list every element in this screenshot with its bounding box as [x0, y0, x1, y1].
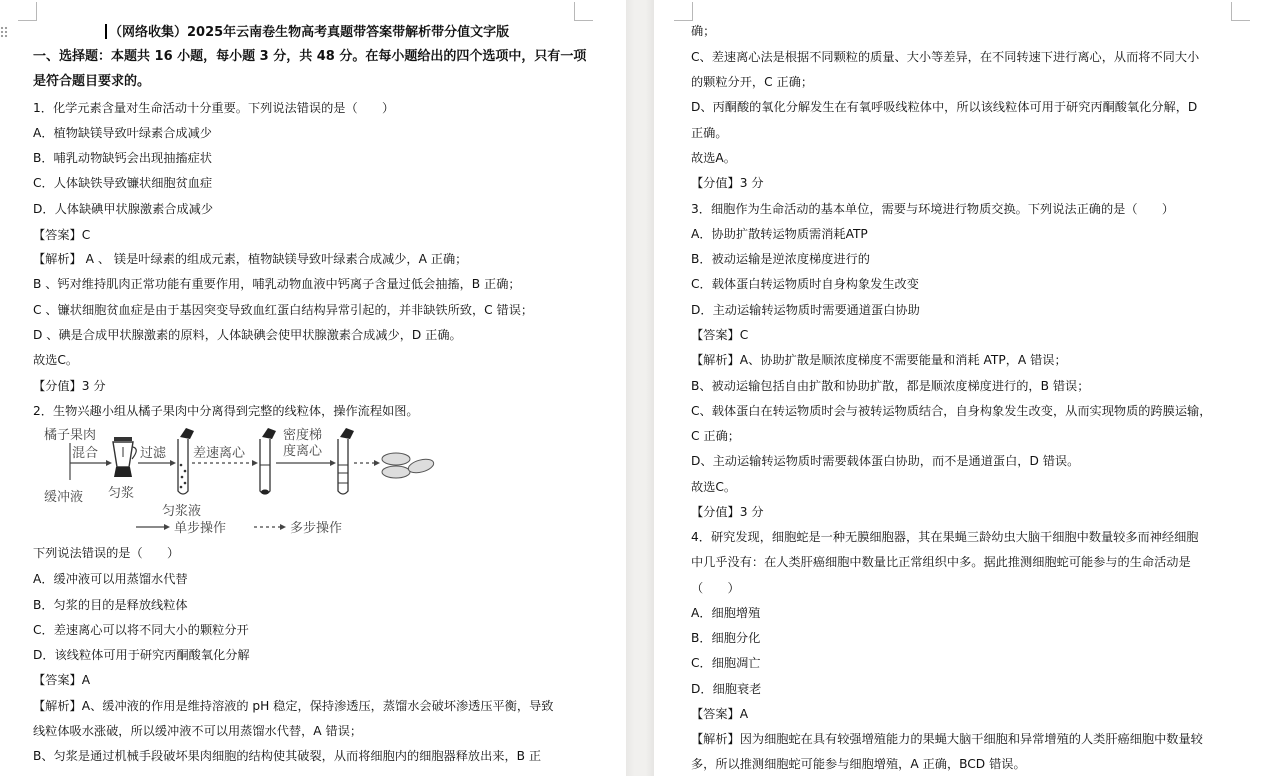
label-differential-centrifugation: 差速离心	[193, 445, 246, 461]
label-density-gradient-cont: 度离心	[283, 443, 323, 459]
section-heading-cont: 是符合题目要求的。	[33, 74, 150, 90]
margin-corner-mark	[1231, 2, 1250, 21]
legend-single-step: 单步操作	[174, 520, 226, 536]
question-1-option-a: A．植物缺镁导致叶绿素合成减少	[33, 125, 212, 141]
question-3-option-c: C．载体蛋白转运物质时自身构象发生改变	[691, 276, 919, 292]
question-2-analysis: B、匀浆是通过机械手段破坏果肉细胞的结构使其破裂，从而将细胞内的细胞器释放出来，…	[33, 748, 541, 764]
document-title[interactable]: （网络收集）2025年云南卷生物高考真题带答案带解析带分值文字版	[105, 24, 509, 41]
question-2-option-b: B．匀浆的目的是释放线粒体	[33, 597, 188, 613]
question-2-stem: 2．生物兴趣小组从橘子果肉中分离得到完整的线粒体，操作流程如图。	[33, 403, 419, 419]
question-2-conclusion: 故选A。	[691, 150, 736, 166]
question-3-option-b: B．被动运输是逆浓度梯度进行的	[691, 251, 870, 267]
question-3-analysis: D、主动运输转运物质时需要载体蛋白协助，而不是通道蛋白，D 错误。	[691, 453, 1079, 469]
mitochondria-isolation-flowchart: 橘子果肉 混合 缓冲液 匀浆 过滤	[40, 425, 440, 543]
question-4-stem: 4．研究发现，细胞蛇是一种无膜细胞器，其在果蝇三龄幼虫大脑干细胞中数量较多而神经…	[691, 529, 1198, 545]
label-homogenize: 匀浆	[108, 485, 134, 501]
question-1-answer: 【答案】C	[33, 227, 90, 243]
label-orange-pulp: 橘子果肉	[44, 427, 96, 443]
question-3-answer: 【答案】C	[691, 327, 748, 343]
question-3-analysis: B、被动运输包括自由扩散和协助扩散，都是顺浓度梯度进行的，B 错误；	[691, 378, 1089, 394]
question-1-analysis: B 、钙对维持肌肉正常功能有重要作用，哺乳动物血液中钙离子含量过低会抽搐，B 正…	[33, 276, 521, 292]
question-1-stem: 1．化学元素含量对生命活动十分重要。下列说法错误的是（ ）	[33, 100, 394, 116]
document-page-right: 确； C、差速离心法是根据不同颗粒的质量、大小等差异，在不同转速下进行离心，从而…	[654, 0, 1266, 776]
page-gap	[626, 0, 654, 776]
question-4-option-a: A．细胞增殖	[691, 605, 760, 621]
question-2-score: 【分值】3 分	[691, 175, 764, 191]
question-3-analysis: 【解析】A、协助扩散是顺浓度梯度不需要能量和消耗 ATP，A 错误；	[691, 352, 1067, 368]
question-2-answer: 【答案】A	[33, 672, 90, 688]
question-2-option-c: C．差速离心可以将不同大小的颗粒分开	[33, 622, 249, 638]
question-3-option-a: A．协助扩散转运物质需消耗ATP	[691, 226, 868, 242]
question-1-option-d: D．人体缺碘甲状腺激素合成减少	[33, 201, 213, 217]
question-1-analysis: D 、碘是合成甲状腺激素的原料，人体缺碘会使甲状腺激素合成减少，D 正确。	[33, 327, 462, 343]
question-3-analysis: C、载体蛋白在转运物质时会与被转运物质结合，自身构象发生改变，从而实现物质的跨膜…	[691, 403, 1211, 419]
table-drag-handle-icon[interactable]	[0, 26, 8, 38]
question-1-analysis: C 、镰状细胞贫血症是由于基因突变导致血红蛋白结构异常引起的，并非缺铁所致，C …	[33, 302, 533, 318]
label-density-gradient: 密度梯	[283, 427, 322, 443]
question-3-analysis: C 正确；	[691, 428, 740, 444]
question-4-answer: 【答案】A	[691, 706, 748, 722]
legend-multi-step: 多步操作	[290, 520, 342, 536]
question-2-analysis: 正确。	[691, 125, 728, 141]
question-1-conclusion: 故选C。	[33, 352, 78, 368]
question-1-analysis: 【解析】 A 、 镁是叶绿素的组成元素，植物缺镁导致叶绿素合成减少，A 正确；	[33, 251, 467, 267]
question-1-score: 【分值】3 分	[33, 378, 106, 394]
question-2-option-a: A．缓冲液可以用蒸馏水代替	[33, 571, 188, 587]
question-2-analysis: D、丙酮酸的氧化分解发生在有氧呼吸线粒体中，所以该线粒体可用于研究丙酮酸氧化分解…	[691, 99, 1197, 115]
question-4-analysis: 【解析】因为细胞蛇在具有较强增殖能力的果蝇大脑干细胞和异常增殖的人类肝癌细胞中数…	[691, 731, 1203, 747]
question-1-option-b: B．哺乳动物缺钙会出现抽搐症状	[33, 150, 212, 166]
section-heading: 一、选择题：本题共 16 小题，每小题 3 分，共 48 分。在每小题给出的四个…	[33, 49, 586, 65]
question-2-prompt: 下列说法错误的是（ ）	[33, 545, 179, 561]
margin-corner-mark	[18, 2, 37, 21]
question-2-analysis: 确；	[691, 23, 715, 39]
label-homogenate: 匀浆液	[162, 503, 201, 519]
question-1-option-c: C．人体缺铁导致镰状细胞贫血症	[33, 175, 212, 191]
question-4-option-d: D．细胞衰老	[691, 681, 761, 697]
margin-corner-mark	[674, 2, 693, 21]
question-2-analysis: 【解析】A、缓冲液的作用是维持溶液的 pH 稳定，保持渗透压，蒸馏水会破坏渗透压…	[33, 698, 554, 714]
question-2-analysis: 线粒体吸水涨破，所以缓冲液不可以用蒸馏水代替，A 错误；	[33, 723, 362, 739]
question-2-analysis: C、差速离心法是根据不同颗粒的质量、大小等差异，在不同转速下进行离心，从而将不同…	[691, 49, 1199, 65]
question-3-option-d: D．主动运输转运物质时需要通道蛋白协助	[691, 302, 920, 318]
question-3-score: 【分值】3 分	[691, 504, 764, 520]
question-3-stem: 3．细胞作为生命活动的基本单位，需要与环境进行物质交换。下列说法正确的是（ ）	[691, 201, 1174, 217]
label-mix: 混合	[72, 446, 98, 461]
question-2-analysis: 的颗粒分开，C 正确；	[691, 74, 813, 90]
question-4-analysis: 多，所以推测细胞蛇可能参与细胞增殖，A 正确，BCD 错误。	[691, 756, 1026, 772]
question-4-stem: 中几乎没有：在人类肝癌细胞中数量比正常组织中多。据此推测细胞蛇可能参与的生命活动…	[691, 554, 1191, 570]
question-3-conclusion: 故选C。	[691, 479, 736, 495]
test-tube-icon	[338, 428, 354, 494]
question-2-option-d: D．该线粒体可用于研究丙酮酸氧化分解	[33, 647, 250, 663]
margin-corner-mark	[574, 2, 593, 21]
test-tube-icon	[260, 428, 276, 495]
question-4-option-b: B．细胞分化	[691, 630, 760, 646]
question-4-stem: （ ）	[691, 580, 740, 596]
question-4-option-c: C．细胞凋亡	[691, 655, 760, 671]
label-filter: 过滤	[140, 445, 167, 461]
document-page-left: （网络收集）2025年云南卷生物高考真题带答案带解析带分值文字版 一、选择题：本…	[0, 0, 626, 776]
blender-icon	[113, 437, 136, 477]
text-cursor	[105, 24, 107, 39]
mitochondria-icon	[382, 453, 435, 478]
label-buffer: 缓冲液	[44, 489, 83, 505]
test-tube-icon	[178, 428, 194, 494]
